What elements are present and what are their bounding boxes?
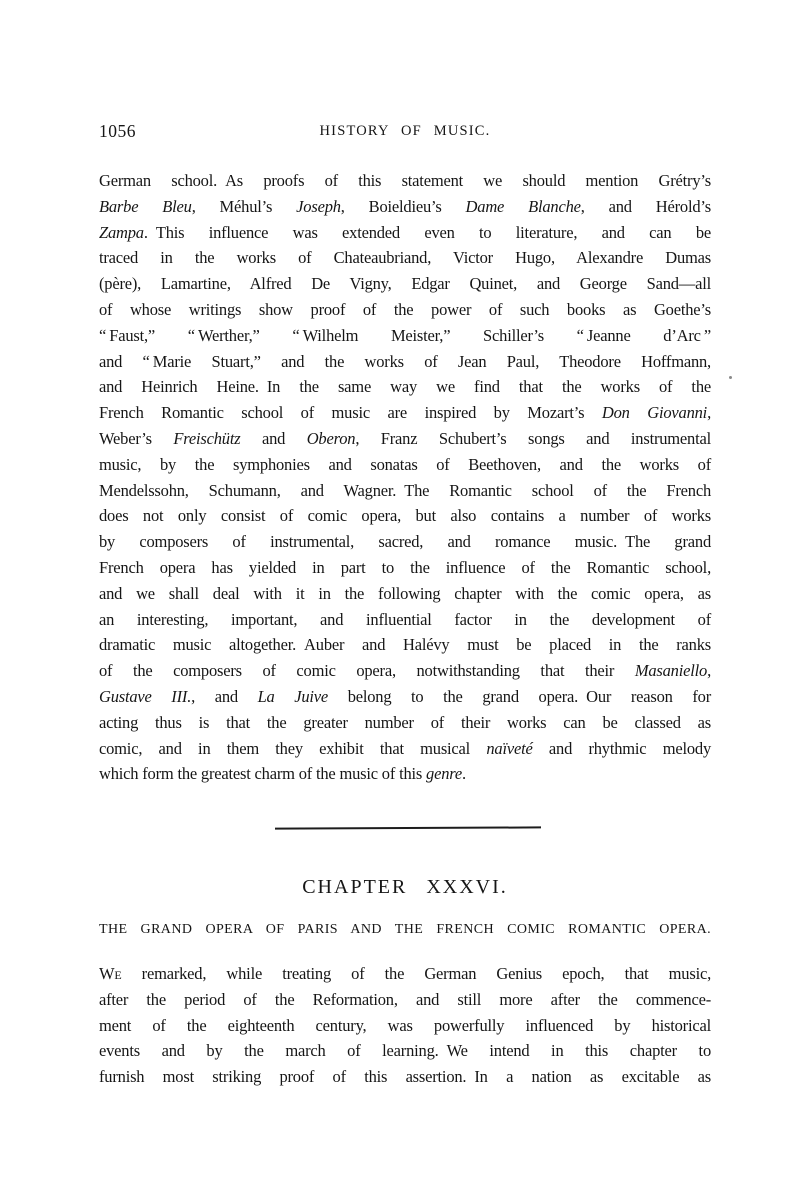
text-run: dramatic music altogether. Auber and Hal…	[99, 635, 711, 654]
italic-run: Dame Blanche	[466, 197, 581, 216]
text-run: (père), Lamartine, Alfred De Vigny, Edga…	[99, 274, 711, 293]
text-run: acting thus is that the greater number o…	[99, 713, 711, 732]
italic-run: Oberon	[307, 429, 356, 448]
text-line: and “ Marie Stuart,” and the works of Je…	[99, 349, 711, 375]
italic-run: Gustave III.	[99, 687, 191, 706]
text-line: French Romantic school of music are insp…	[99, 400, 711, 426]
text-line: by composers of instrumental, sacred, an…	[99, 529, 711, 555]
text-run: comic, and in them they exhibit that mus…	[99, 739, 486, 758]
text-line: of whose writings show proof of the powe…	[99, 297, 711, 323]
italic-run: Joseph	[296, 197, 341, 216]
text-run: ,	[707, 403, 711, 422]
text-run: of whose writings show proof of the powe…	[99, 300, 711, 319]
italic-run: Barbe Bleu	[99, 197, 192, 216]
italic-run: Zampa	[99, 223, 144, 242]
text-run: and “ Marie Stuart,” and the works of Je…	[99, 352, 711, 371]
text-run: belong to the grand opera. Our reason fo…	[328, 687, 711, 706]
text-line: Barbe Bleu, Méhul’s Joseph, Boieldieu’s …	[99, 194, 711, 220]
chapter-heading: CHAPTER XXXVI.	[99, 876, 711, 899]
text-line: Weber’s Freischütz and Oberon, Franz Sch…	[99, 426, 711, 452]
text-run: after the period of the Reformation, and…	[99, 990, 711, 1009]
smallcaps-run: We	[99, 964, 122, 983]
text-run: , and	[191, 687, 257, 706]
text-line: ment of the eighteenth century, was powe…	[99, 1013, 711, 1039]
text-run: ment of the eighteenth century, was powe…	[99, 1016, 711, 1035]
text-line: We remarked, while treating of the Germa…	[99, 961, 711, 987]
text-run: remarked, while treating of the German G…	[122, 964, 711, 983]
text-run: and rhythmic melody	[533, 739, 711, 758]
text-run: French opera has yielded in part to the …	[99, 558, 711, 577]
italic-run: Masaniello	[635, 661, 707, 680]
running-title: HISTORY OF MUSIC.	[99, 123, 711, 140]
paragraph-continuation: German school. As proofs of this stateme…	[99, 168, 711, 787]
text-line: traced in the works of Chateaubriand, Vi…	[99, 245, 711, 271]
scan-artifact-speck	[729, 376, 732, 379]
text-run: Mendelssohn, Schumann, and Wagner. The R…	[99, 481, 711, 500]
text-line: furnish most striking proof of this asse…	[99, 1064, 711, 1090]
text-line: of the composers of comic opera, notwith…	[99, 658, 711, 684]
page-header: 1056 HISTORY OF MUSIC.	[99, 121, 711, 143]
text-line: which form the greatest charm of the mus…	[99, 761, 711, 787]
text-run: furnish most striking proof of this asse…	[99, 1067, 711, 1086]
text-run: , Boieldieu’s	[341, 197, 466, 216]
text-run: and	[240, 429, 306, 448]
text-run: does not only consist of comic opera, bu…	[99, 506, 711, 525]
text-run: by composers of instrumental, sacred, an…	[99, 532, 711, 551]
italic-run: La Juive	[258, 687, 328, 706]
text-run: music, by the symphonies and sonatas of …	[99, 455, 711, 474]
text-run: , and Hérold’s	[581, 197, 711, 216]
text-run: ,	[707, 661, 711, 680]
text-line: acting thus is that the greater number o…	[99, 710, 711, 736]
text-line: Zampa. This influence was extended even …	[99, 220, 711, 246]
section-divider-rule	[275, 826, 541, 829]
chapter-opening-paragraph: We remarked, while treating of the Germa…	[99, 961, 711, 1090]
text-run: .	[462, 764, 466, 783]
text-line: does not only consist of comic opera, bu…	[99, 503, 711, 529]
chapter-subheading: THE GRAND OPERA OF PARIS AND THE FRENCH …	[99, 922, 711, 938]
text-line: comic, and in them they exhibit that mus…	[99, 736, 711, 762]
italic-run: genre	[426, 764, 462, 783]
text-line: an interesting, important, and influenti…	[99, 607, 711, 633]
text-run: French Romantic school of music are insp…	[99, 403, 602, 422]
text-run: and we shall deal with it in the followi…	[99, 584, 711, 603]
text-run: , Franz Schubert’s songs and instrumenta…	[355, 429, 711, 448]
italic-run: Don Giovanni	[602, 403, 707, 422]
text-line: events and by the march of learning. We …	[99, 1038, 711, 1064]
text-run: Weber’s	[99, 429, 173, 448]
text-line: and Heinrich Heine. In the same way we f…	[99, 374, 711, 400]
text-run: , Méhul’s	[192, 197, 296, 216]
text-run: events and by the march of learning. We …	[99, 1041, 711, 1060]
text-run: German school. As proofs of this stateme…	[99, 171, 711, 190]
text-run: . This influence was extended even to li…	[144, 223, 711, 242]
text-run: of the composers of comic opera, notwith…	[99, 661, 635, 680]
text-line: Gustave III., and La Juive belong to the…	[99, 684, 711, 710]
text-run: which form the greatest charm of the mus…	[99, 764, 426, 783]
text-line: “ Faust,” “ Werther,” “ Wilhelm Meister,…	[99, 323, 711, 349]
book-page: 1056 HISTORY OF MUSIC. German school. As…	[0, 0, 801, 1201]
text-line: after the period of the Reformation, and…	[99, 987, 711, 1013]
text-line: German school. As proofs of this stateme…	[99, 168, 711, 194]
italic-run: naïveté	[486, 739, 532, 758]
text-run: “ Faust,” “ Werther,” “ Wilhelm Meister,…	[99, 326, 711, 345]
text-line: and we shall deal with it in the followi…	[99, 581, 711, 607]
text-line: music, by the symphonies and sonatas of …	[99, 452, 711, 478]
text-run: and Heinrich Heine. In the same way we f…	[99, 377, 711, 396]
text-line: dramatic music altogether. Auber and Hal…	[99, 632, 711, 658]
text-run: traced in the works of Chateaubriand, Vi…	[99, 248, 711, 267]
text-line: French opera has yielded in part to the …	[99, 555, 711, 581]
text-line: (père), Lamartine, Alfred De Vigny, Edga…	[99, 271, 711, 297]
text-run: an interesting, important, and influenti…	[99, 610, 711, 629]
text-line: Mendelssohn, Schumann, and Wagner. The R…	[99, 478, 711, 504]
italic-run: Freischütz	[173, 429, 240, 448]
